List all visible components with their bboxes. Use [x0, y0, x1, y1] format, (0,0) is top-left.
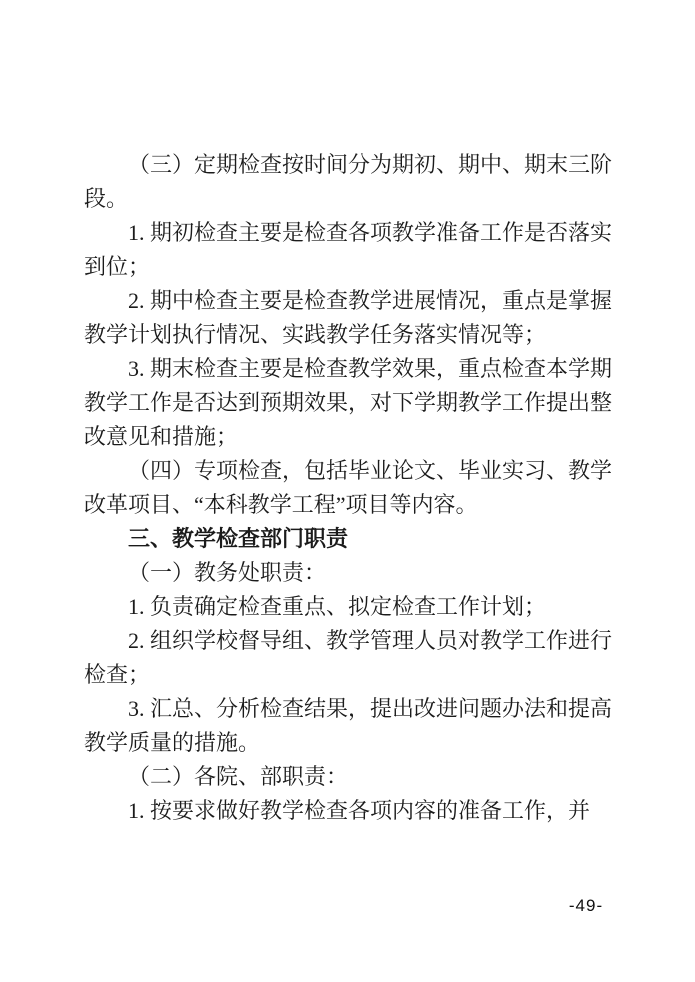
paragraph-special-check: （四）专项检查，包括毕业论文、毕业实习、教学改革项目、“本科教学工程”项目等内容… [84, 454, 612, 522]
document-page: （三）定期检查按时间分为期初、期中、期末三阶段。 1. 期初检查主要是检查各项教… [0, 0, 695, 982]
page-number: -49- [556, 896, 616, 916]
paragraph-item-1-start-term: 1. 期初检查主要是检查各项教学准备工作是否落实到位； [84, 216, 612, 284]
paragraph-college-duty-1: 1. 按要求做好教学检查各项内容的准备工作，并 [84, 794, 612, 828]
document-body: （三）定期检查按时间分为期初、期中、期末三阶段。 1. 期初检查主要是检查各项教… [84, 148, 612, 828]
paragraph-item-2-mid-term: 2. 期中检查主要是检查教学进展情况，重点是掌握教学计划执行情况、实践教学任务落… [84, 284, 612, 352]
paragraph-academic-office-duties: （一）教务处职责： [84, 556, 612, 590]
paragraph-duty-3: 3. 汇总、分析检查结果，提出改进问题办法和提高教学质量的措施。 [84, 692, 612, 760]
paragraph-duty-2: 2. 组织学校督导组、教学管理人员对教学工作进行检查； [84, 624, 612, 692]
paragraph-duty-1: 1. 负责确定检查重点、拟定检查工作计划； [84, 590, 612, 624]
paragraph-item-3-end-term: 3. 期末检查主要是检查教学效果，重点检查本学期教学工作是否达到预期效果，对下学… [84, 352, 612, 454]
section-heading-duties: 三、教学检查部门职责 [84, 522, 612, 556]
paragraph-regular-check-phases: （三）定期检查按时间分为期初、期中、期末三阶段。 [84, 148, 612, 216]
paragraph-college-duties: （二）各院、部职责： [84, 760, 612, 794]
